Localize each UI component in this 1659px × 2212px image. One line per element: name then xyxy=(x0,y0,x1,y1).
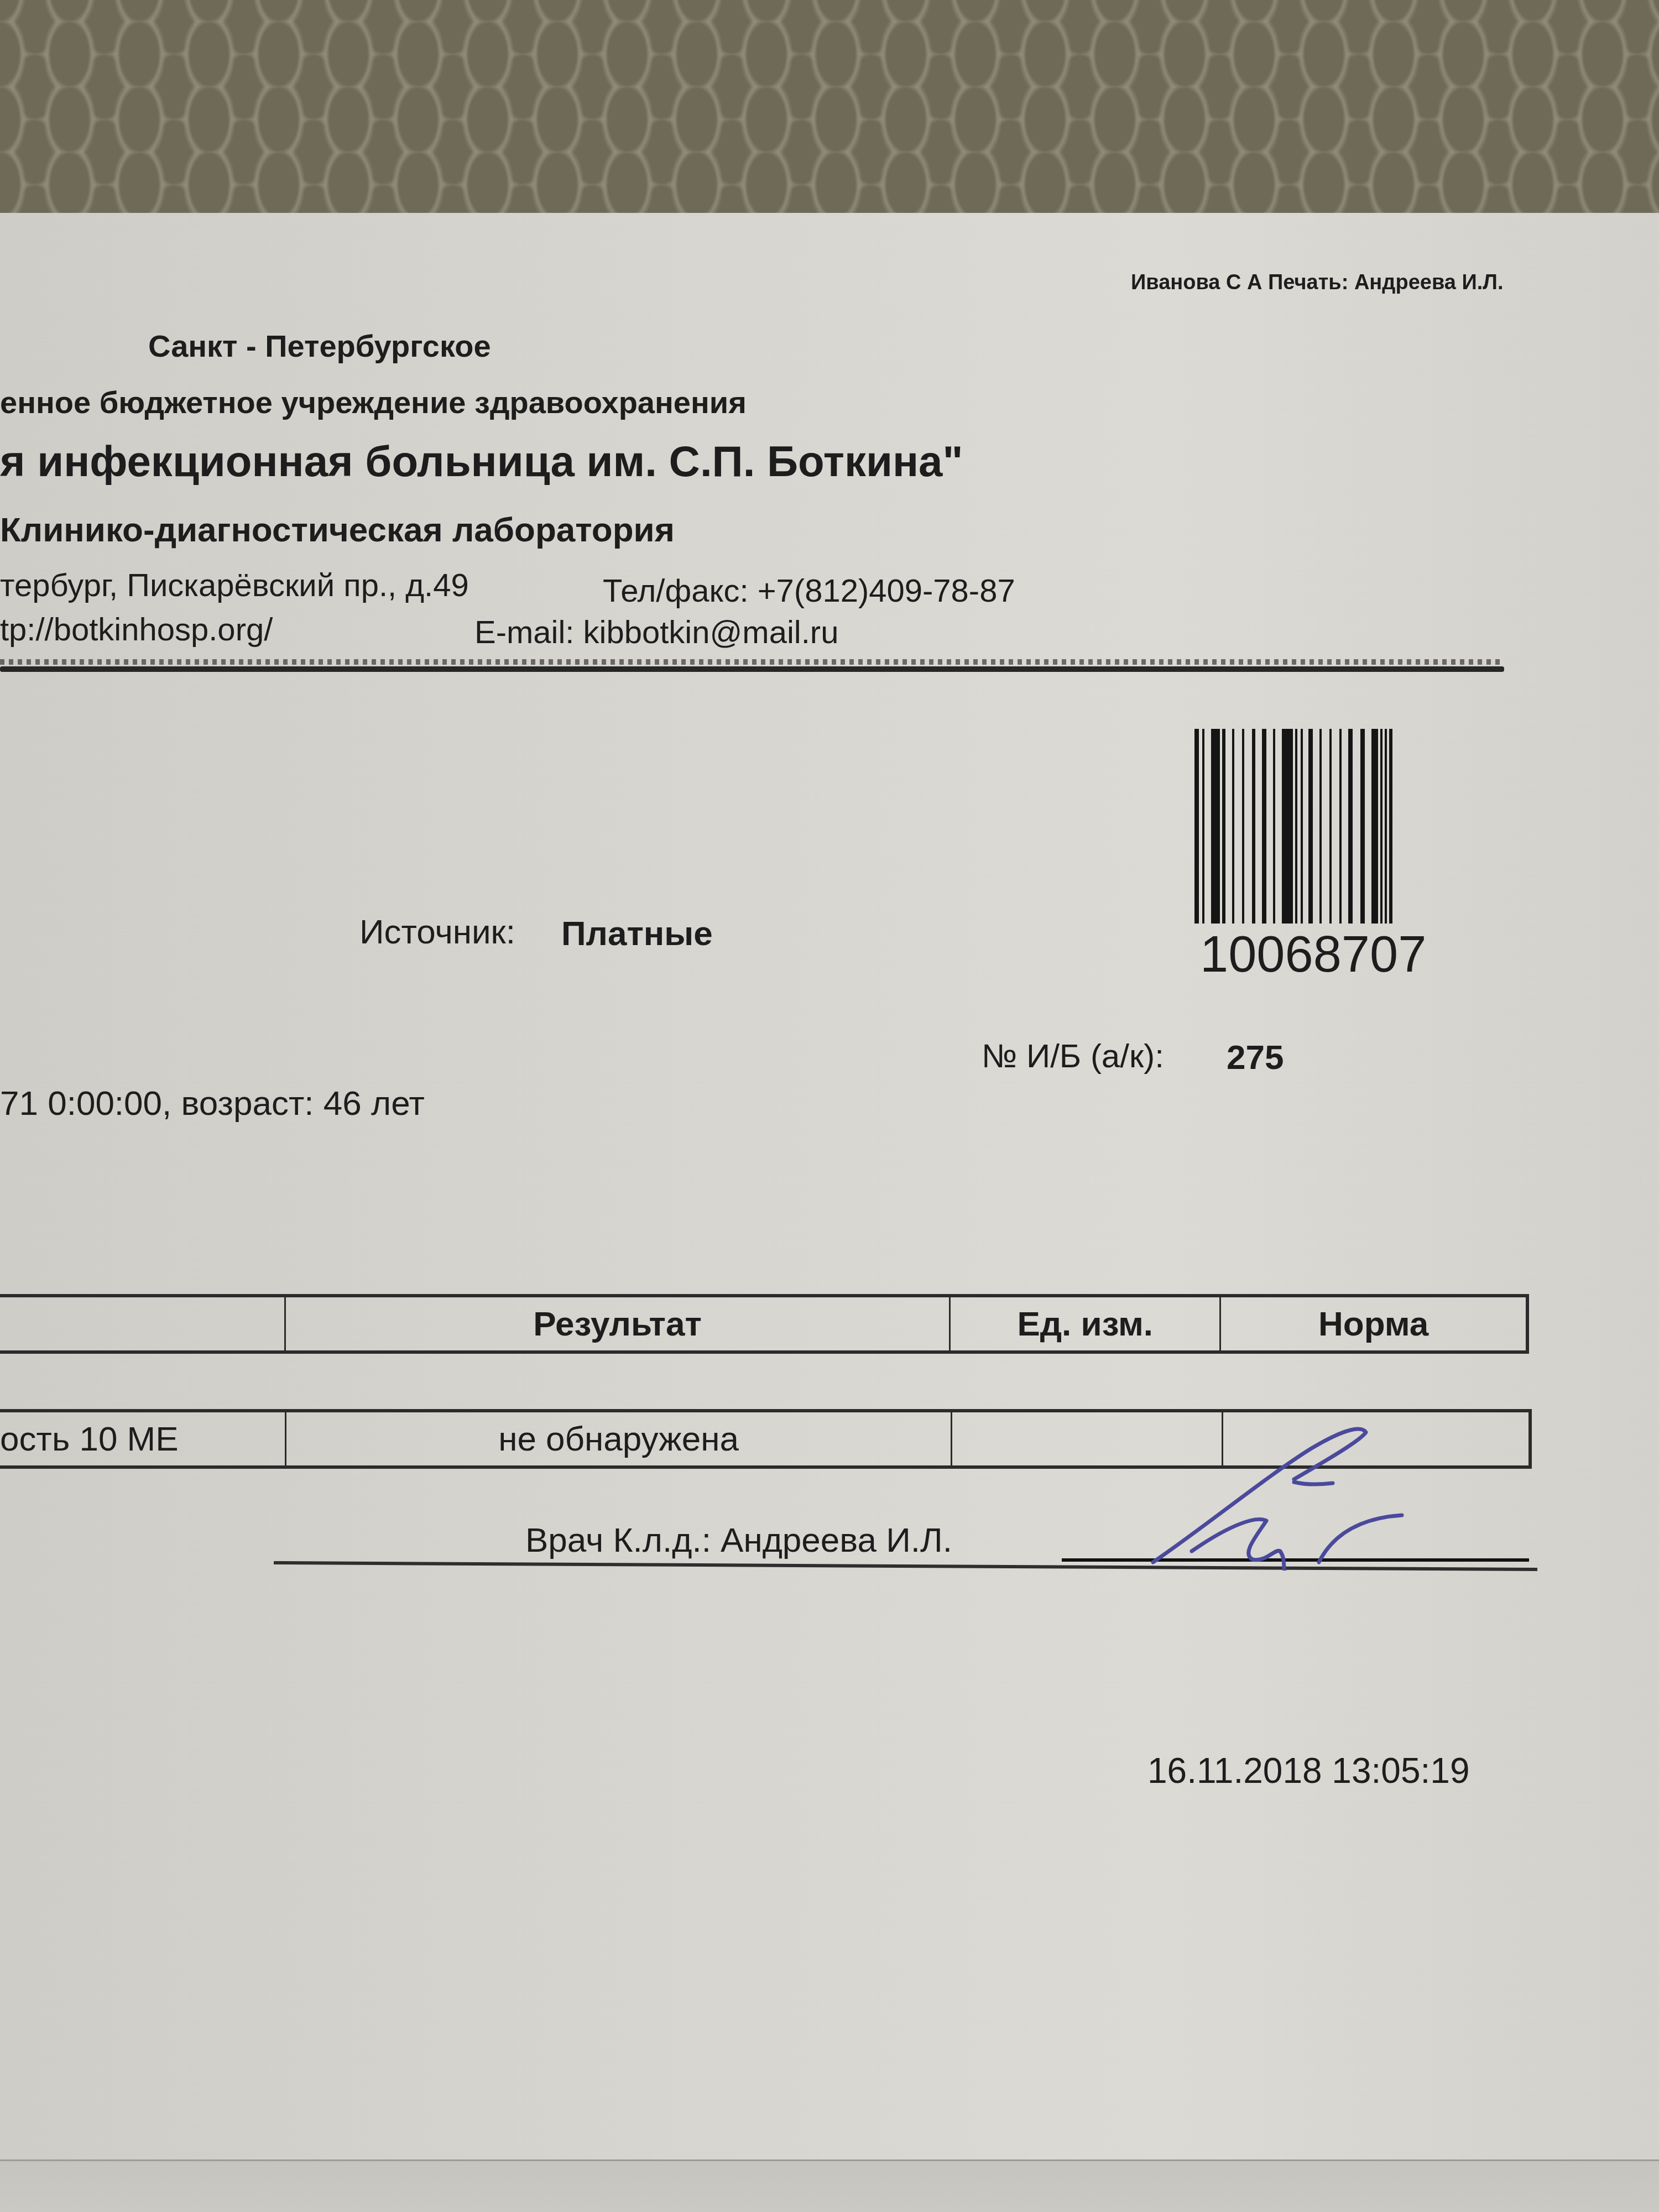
barcode-bar xyxy=(1389,729,1392,924)
barcode-gap xyxy=(1275,729,1282,924)
result-cell: не обнаружена xyxy=(285,1412,951,1465)
handwritten-signature xyxy=(1128,1416,1438,1571)
barcode-gap xyxy=(1332,729,1339,924)
barcode-bar xyxy=(1282,729,1293,924)
test-name-cell: ость 10 МЕ xyxy=(0,1412,285,1465)
patient-birth-and-age: 71 0:00:00, возраст: 46 лет xyxy=(0,1087,425,1121)
header-result: Результат xyxy=(284,1297,949,1350)
results-table-header: Результат Ед. изм. Норма xyxy=(0,1294,1529,1354)
header-divider-dots xyxy=(0,659,1504,665)
perforated-metal-background xyxy=(0,0,1659,238)
org-name-line-1: Санкт - Петербургское xyxy=(148,331,491,362)
printed-by: Иванова С А Печать: Андреева И.Л. xyxy=(1131,272,1504,293)
barcode-bar xyxy=(1348,729,1353,924)
barcode-bar xyxy=(1360,729,1365,924)
hospital-name: я инфекционная больница им. С.П. Боткина… xyxy=(0,440,963,483)
header-units: Ед. изм. xyxy=(949,1297,1219,1350)
sheet-fold-edge xyxy=(0,2159,1659,2212)
barcode-gap xyxy=(1303,729,1308,924)
header-test-name xyxy=(0,1297,284,1350)
print-timestamp: 16.11.2018 13:05:19 xyxy=(1147,1753,1469,1788)
barcode-gap xyxy=(1365,729,1371,924)
barcode xyxy=(1194,729,1443,924)
source-value: Платные xyxy=(561,917,713,951)
barcode-bar xyxy=(1194,729,1199,924)
lab-name: Клинико-диагностическая лаборатория xyxy=(0,513,675,547)
case-number-value: 275 xyxy=(1227,1041,1284,1075)
barcode-bar xyxy=(1308,729,1313,924)
barcode-gap xyxy=(1244,729,1252,924)
doctor-name: Врач К.л.д.: Андреева И.Л. xyxy=(525,1524,952,1558)
website: tp://botkinhosp.org/ xyxy=(0,614,273,646)
barcode-number: 10068707 xyxy=(1200,929,1426,980)
barcode-gap xyxy=(1322,729,1329,924)
source-label: Источник: xyxy=(359,915,515,950)
address: тербург, Пискарёвский пр., д.49 xyxy=(0,570,469,602)
barcode-gap xyxy=(1234,729,1242,924)
email: E-mail: kibbotkin@mail.ru xyxy=(474,617,838,649)
header-norm: Норма xyxy=(1219,1297,1526,1350)
case-number-label: № И/Б (а/к): xyxy=(982,1040,1164,1073)
barcode-gap xyxy=(1342,729,1348,924)
barcode-bar xyxy=(1262,729,1266,924)
header-divider xyxy=(0,666,1504,672)
barcode-gap xyxy=(1313,729,1319,924)
barcode-gap xyxy=(1204,729,1211,924)
barcode-gap xyxy=(1255,729,1262,924)
org-name-line-2: енное бюджетное учреждение здравоохранен… xyxy=(0,387,747,418)
barcode-bar xyxy=(1211,729,1220,924)
phone-fax: Тел/факс: +7(812)409-78-87 xyxy=(603,575,1015,607)
barcode-gap xyxy=(1353,729,1360,924)
barcode-gap xyxy=(1225,729,1232,924)
barcode-gap xyxy=(1266,729,1273,924)
barcode-bar xyxy=(1371,729,1378,924)
